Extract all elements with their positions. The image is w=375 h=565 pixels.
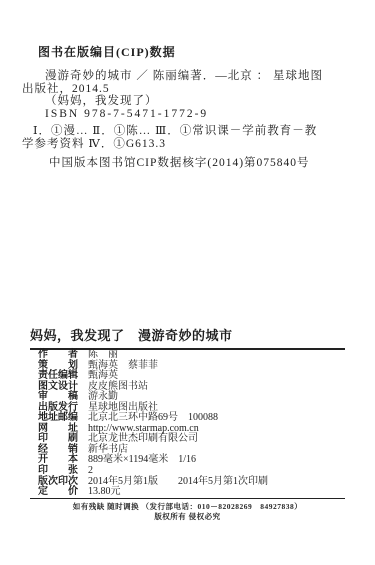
colophon-table: 作 者 陈 丽 策 划 甄海英 蔡菲菲 责任编辑 甄海英 图文设计 皮皮熊图书站… [38, 350, 348, 498]
cip-series-note: （妈妈，我发现了） [22, 95, 354, 108]
colophon-row-value: 889毫米×1194毫米 1/16 [88, 455, 196, 466]
copyright-page: 图书在版编目(CIP)数据 漫游奇妙的城市 ／ 陈丽编著．—北京 ： 星球地图 … [0, 0, 375, 565]
footer-exchange-note: 如有残缺 随时调换 （发行部电话：010－82028269 84927838） [30, 502, 345, 512]
cip-classification-line1: Ⅰ．①漫… Ⅱ．①陈… Ⅲ．①常识课－学前教育－教 [22, 125, 354, 138]
colophon-row: 印 张 2 [38, 466, 348, 477]
cip-record-number: 中国版本图书馆CIP数据核字(2014)第075840号 [22, 157, 354, 170]
cip-header: 图书在版编目(CIP)数据 [38, 46, 354, 59]
colophon-row: 图文设计 皮皮熊图书站 [38, 382, 348, 393]
colophon-row-value: 13.80元 [88, 487, 121, 498]
colophon-row: 版次印次 2014年5月第1版 2014年5月第1次印刷 [38, 477, 348, 488]
cip-entry-line1: 漫游奇妙的城市 ／ 陈丽编著．—北京 ： 星球地图 [22, 70, 354, 83]
colophon-row-label: 印 张 [38, 466, 84, 477]
cip-block: 图书在版编目(CIP)数据 漫游奇妙的城市 ／ 陈丽编著．—北京 ： 星球地图 … [22, 46, 354, 169]
colophon-row: 责任编辑 甄海英 [38, 371, 348, 382]
footer-divider [30, 498, 345, 499]
cip-entry-line2: 出版社，2014.5 [22, 83, 354, 96]
colophon-row-value: 陈 丽 [88, 350, 118, 361]
colophon-row-label: 作 者 [38, 350, 84, 361]
cip-isbn: ISBN 978-7-5471-1772-9 [22, 108, 354, 121]
footer-copyright-note: 版权所有 侵权必究 [30, 512, 345, 522]
cip-classification-line2: 学参考资料 Ⅳ．①G613.3 [22, 138, 354, 151]
colophon-row: 开 本 889毫米×1194毫米 1/16 [38, 455, 348, 466]
colophon-row: 作 者 陈 丽 [38, 350, 348, 361]
colophon-row-label: 定 价 [38, 487, 84, 498]
book-title: 妈妈，我发现了 漫游奇妙的城市 [30, 325, 345, 350]
colophon-row: 审 稿 游永勤 [38, 392, 348, 403]
footer-note: 如有残缺 随时调换 （发行部电话：010－82028269 84927838） … [30, 502, 345, 522]
colophon-row: 策 划 甄海英 蔡菲菲 [38, 361, 348, 372]
colophon-row: 定 价 13.80元 [38, 487, 348, 498]
colophon-row-value: 2 [88, 466, 93, 477]
colophon-row: 印 刷 北京龙世杰印刷有限公司 [38, 434, 348, 445]
